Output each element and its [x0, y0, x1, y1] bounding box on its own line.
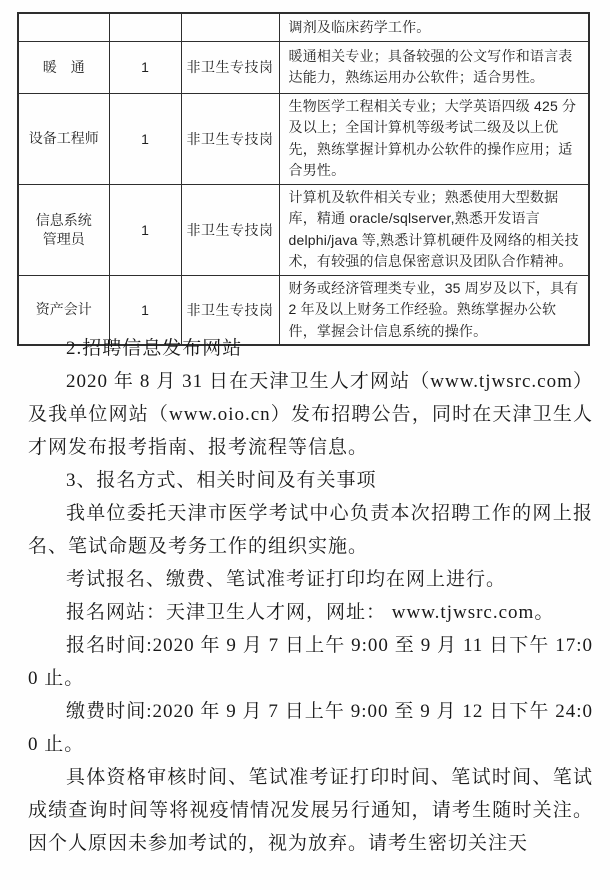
requirements-cell: 计算机及软件相关专业；熟悉使用大型数据库，精通 oracle/sqlserver…: [279, 184, 589, 275]
category-cell: 非卫生专技岗: [181, 184, 279, 275]
position-cell: 设备工程师: [18, 93, 109, 184]
position-cell: [18, 13, 109, 41]
table-row-continuation: 调剂及临床药学工作。: [18, 13, 589, 41]
table-row-equipment-engineer: 设备工程师 1 非卫生专技岗 生物医学工程相关专业；大学英语四级 425 分及以…: [18, 93, 589, 184]
document-page: 调剂及临床药学工作。 暖 通 1 非卫生专技岗 暖通相关专业；具备较强的公文写作…: [0, 0, 610, 890]
count-cell: 1: [109, 184, 181, 275]
paragraph-publish-info: 2020 年 8 月 31 日在天津卫生人才网站（www.tjwsrc.com）…: [0, 365, 610, 464]
requirements-cell: 暖通相关专业；具备较强的公文写作和语言表达能力，熟练运用办公软件；适合男性。: [279, 41, 589, 93]
paragraph-online-process: 考试报名、缴费、笔试准考证打印均在网上进行。: [0, 563, 610, 596]
paragraph-registration-website: 报名网站：天津卫生人才网，网址： www.tjwsrc.com。: [0, 596, 610, 629]
position-table: 调剂及临床药学工作。 暖 通 1 非卫生专技岗 暖通相关专业；具备较强的公文写作…: [17, 12, 590, 346]
requirements-cell: 调剂及临床药学工作。: [279, 13, 589, 41]
count-cell: 1: [109, 93, 181, 184]
table-row-hvac: 暖 通 1 非卫生专技岗 暖通相关专业；具备较强的公文写作和语言表达能力，熟练运…: [18, 41, 589, 93]
table-row-info-system-admin: 信息系统 管理员 1 非卫生专技岗 计算机及软件相关专业；熟悉使用大型数据库，精…: [18, 184, 589, 275]
category-cell: 非卫生专技岗: [181, 41, 279, 93]
position-cell: 信息系统 管理员: [18, 184, 109, 275]
document-body: 2.招聘信息发布网站 2020 年 8 月 31 日在天津卫生人才网站（www.…: [0, 332, 610, 860]
paragraph-payment-time: 缴费时间:2020 年 9 月 7 日上午 9:00 至 9 月 12 日下午 …: [0, 695, 610, 761]
count-cell: 1: [109, 41, 181, 93]
paragraph-registration-time: 报名时间:2020 年 9 月 7 日上午 9:00 至 9 月 11 日下午 …: [0, 629, 610, 695]
requirements-cell: 生物医学工程相关专业；大学英语四级 425 分及以上；全国计算机等级考试二级及以…: [279, 93, 589, 184]
section-2-heading: 2.招聘信息发布网站: [0, 332, 610, 365]
category-cell: 非卫生专技岗: [181, 93, 279, 184]
position-table-body: 调剂及临床药学工作。 暖 通 1 非卫生专技岗 暖通相关专业；具备较强的公文写作…: [18, 13, 589, 345]
paragraph-epidemic-notice: 具体资格审核时间、笔试准考证打印时间、笔试时间、笔试成绩查询时间等将视疫情情况发…: [0, 761, 610, 860]
section-3-heading: 3、报名方式、相关时间及有关事项: [0, 464, 610, 497]
category-cell: [181, 13, 279, 41]
position-cell: 暖 通: [18, 41, 109, 93]
paragraph-entrust-center: 我单位委托天津市医学考试中心负责本次招聘工作的网上报名、笔试命题及考务工作的组织…: [0, 497, 610, 563]
count-cell: [109, 13, 181, 41]
